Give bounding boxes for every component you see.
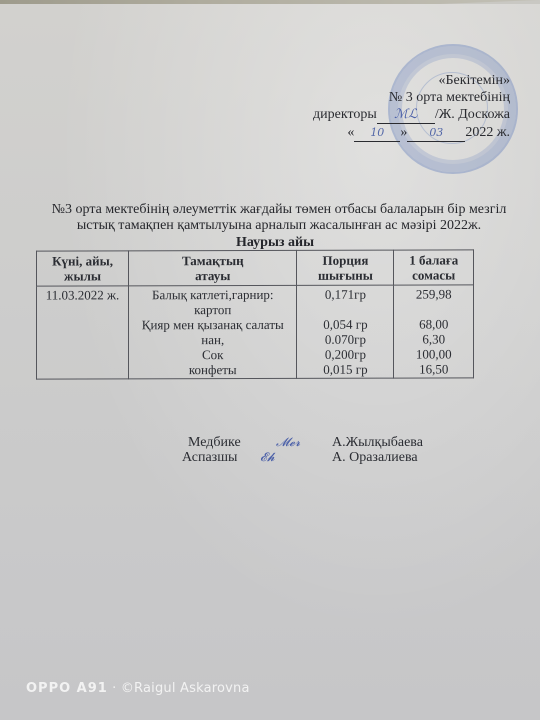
director-name: Ж. Доскожа [439, 107, 510, 122]
cell-date: 11.03.2022 ж. [37, 286, 129, 379]
signer-role: Аспазшы [182, 450, 260, 465]
watermark-credit: ©Raigul Askarovna [121, 681, 250, 696]
approval-block: «Бекітемін» № 3 орта мектебінің директор… [313, 72, 510, 142]
director-signature-icon: ℳℒ [377, 106, 435, 124]
approval-month: 03 [407, 124, 465, 142]
approval-director-line: директорыℳℒ/Ж. Доскожа [313, 106, 510, 124]
title-line-2: ыстық тамақпен қамтылуына арналып жасалы… [48, 218, 510, 234]
signer-nurse: Медбике 𝓜𝓮𝓻 А.Жылқыбаева [188, 435, 423, 450]
approval-school: № 3 орта мектебінің [313, 89, 510, 106]
signer-role: Медбике [188, 435, 276, 450]
menu-table: Күні, айы, жылы Тамақтың атауы Порция шы… [36, 249, 474, 379]
director-label: директоры [313, 107, 377, 122]
approval-year: 2022 ж. [465, 125, 510, 140]
cell-portions: 0,171гр 0,054 гр 0.070гр 0,200гр 0,015 г… [297, 285, 394, 378]
header-portion: Порция шығыны [297, 250, 394, 285]
signer-name: А.Жылқыбаева [332, 435, 423, 450]
camera-watermark: OPPO A91 · ©Raigul Askarovna [26, 681, 250, 696]
header-date: Күні, айы, жылы [37, 251, 129, 286]
signature-icon: 𝓜𝓮𝓻 [276, 435, 332, 450]
cell-sums: 259,98 68,00 6,30 100,00 16,50 [394, 285, 474, 378]
approval-heading: «Бекітемін» [313, 72, 510, 89]
header-sum: 1 балаға сомасы [394, 250, 474, 285]
signature-icon: 𝓔𝓱 [260, 450, 332, 465]
table-row: 11.03.2022 ж. Балық катлеті,гарнир: карт… [37, 285, 474, 379]
table-header-row: Күні, айы, жылы Тамақтың атауы Порция шы… [37, 250, 474, 286]
header-dish: Тамақтың атауы [129, 250, 297, 285]
document-sheet: «Бекітемін» № 3 орта мектебінің директор… [0, 4, 540, 720]
watermark-separator: · [108, 681, 121, 696]
title-line-1: №3 орта мектебінің әлеуметтік жағдайы тө… [48, 202, 510, 218]
watermark-device: OPPO A91 [26, 681, 108, 696]
cell-dishes: Балық катлеті,гарнир: картоп Қияр мен қы… [129, 285, 297, 378]
approval-day: 10 [354, 124, 400, 142]
approval-date-line: «10»032022 ж. [313, 124, 510, 142]
document-title: №3 орта мектебінің әлеуметтік жағдайы тө… [40, 202, 510, 251]
signer-cook: Аспазшы 𝓔𝓱 А. Оразалиева [188, 450, 423, 465]
signers-block: Медбике 𝓜𝓮𝓻 А.Жылқыбаева Аспазшы 𝓔𝓱 А. О… [188, 435, 423, 465]
signer-name: А. Оразалиева [332, 450, 418, 465]
